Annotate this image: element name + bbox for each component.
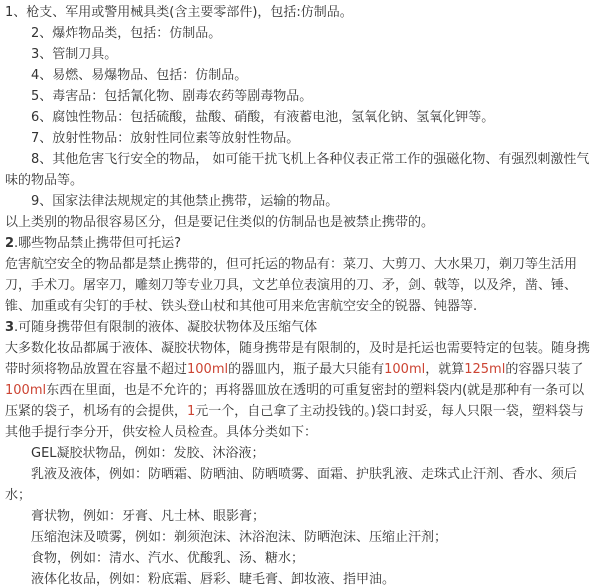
text-run: 以上类别的物品很容易区分，但是要记住类似的仿制品也是被禁止携带的。 [5,215,434,230]
text-run: 3 [5,320,14,335]
paragraph: 2、爆炸物品类，包括：仿制品。 [5,23,591,44]
text-run: 膏状物，例如：牙膏、凡士林、眼影膏； [31,509,265,524]
paragraph: GEL凝胶状物品，例如：发胶、沐浴液； [5,443,591,464]
paragraph: 压缩泡沫及喷雾，例如：剃须泡沫、沐浴泡沫、防晒泡沫、压缩止汗剂； [5,527,591,548]
paragraph: 3、管制刀具。 [5,44,591,65]
text-run: 2、爆炸物品类，包括：仿制品。 [31,26,221,41]
paragraph: 以上类别的物品很容易区分，但是要记住类似的仿制品也是被禁止携带的。 [5,212,591,233]
text-run: 的容器只装了 [505,362,583,377]
text-run: 1、枪支、军用或警用械具类(含主要零部件)，包括:仿制品。 [5,5,353,20]
paragraph: 5、毒害品：包括氰化物、剧毒农药等剧毒物品。 [5,86,591,107]
highlight-text: 100ml [384,362,425,377]
paragraph: 8、其他危害飞行安全的物品， 如可能干扰飞机上各种仪表正常工作的强磁化物、有强烈… [5,149,591,191]
section-heading: 2.哪些物品禁止携带但可托运? [5,233,591,254]
paragraph: 6、腐蚀性物品：包括硫酸，盐酸、硝酸，有液蓄电池，氢氧化钠、氢氧化钾等。 [5,107,591,128]
paragraph: 膏状物，例如：牙膏、凡士林、眼影膏； [5,506,591,527]
text-run: 2 [5,236,14,251]
paragraph: 9、国家法律法规规定的其他禁止携带，运输的物品。 [5,191,591,212]
text-run: 5、毒害品：包括氰化物、剧毒农药等剧毒物品。 [31,89,312,104]
highlight-text: 125ml [464,362,505,377]
highlight-text: 100ml [187,362,228,377]
section-heading: 3.可随身携带但有限制的液体、凝胶状物体及压缩气体 [5,317,591,338]
paragraph: 危害航空安全的物品都是禁止携带的，但可托运的物品有：菜刀、大剪刀、大水果刀，剃刀… [5,254,591,317]
text-run: 4、易燃、易爆物品、包括：仿制品。 [31,68,247,83]
document-body: 1、枪支、军用或警用械具类(含主要零部件)，包括:仿制品。2、爆炸物品类，包括：… [0,0,595,588]
text-run: 压缩泡沫及喷雾，例如：剃须泡沫、沐浴泡沫、防晒泡沫、压缩止汗剂； [31,530,447,545]
text-run: 食物，例如：清水、汽水、优酸乳、汤、糖水； [31,551,304,566]
text-run: 乳液及液体，例如：防晒霜、防晒油、防晒喷雾、面霜、护肤乳液、走珠式止汗剂、香水、… [5,467,577,503]
text-run: 6、腐蚀性物品：包括硫酸，盐酸、硝酸，有液蓄电池，氢氧化钠、氢氧化钾等。 [31,110,494,125]
paragraph: 大多数化妆品都属于液体、凝胶状物体，随身携带是有限制的，及时是托运也需要特定的包… [5,338,591,443]
text-run: ，就算 [425,362,464,377]
text-run: 液体化妆品，例如：粉底霜、唇彩、睫毛膏、卸妆液、指甲油。 [31,572,395,587]
paragraph: 乳液及液体，例如：防晒霜、防晒油、防晒喷雾、面霜、护肤乳液、走珠式止汗剂、香水、… [5,464,591,506]
text-run: 9、国家法律法规规定的其他禁止携带，运输的物品。 [31,194,338,209]
text-run: .哪些物品禁止携带但可托运? [14,236,181,251]
paragraph: 7、放射性物品：放射性同位素等放射性物品。 [5,128,591,149]
text-run: GEL凝胶状物品，例如：发胶、沐浴液； [31,446,265,461]
paragraph: 食物，例如：清水、汽水、优酸乳、汤、糖水； [5,548,591,569]
highlight-text: 100ml [5,383,46,398]
text-run: 危害航空安全的物品都是禁止携带的，但可托运的物品有：菜刀、大剪刀、大水果刀，剃刀… [5,257,577,314]
paragraph: 1、枪支、军用或警用械具类(含主要零部件)，包括:仿制品。 [5,2,591,23]
paragraph: 液体化妆品，例如：粉底霜、唇彩、睫毛膏、卸妆液、指甲油。 [5,569,591,588]
paragraph: 4、易燃、易爆物品、包括：仿制品。 [5,65,591,86]
text-run: 7、放射性物品：放射性同位素等放射性物品。 [31,131,299,146]
text-run: 8、其他危害飞行安全的物品， 如可能干扰飞机上各种仪表正常工作的强磁化物、有强烈… [5,152,589,188]
text-run: 3、管制刀具。 [31,47,117,62]
text-run: .可随身携带但有限制的液体、凝胶状物体及压缩气体 [14,320,317,335]
text-run: 的器皿内，瓶子最大只能有 [228,362,384,377]
